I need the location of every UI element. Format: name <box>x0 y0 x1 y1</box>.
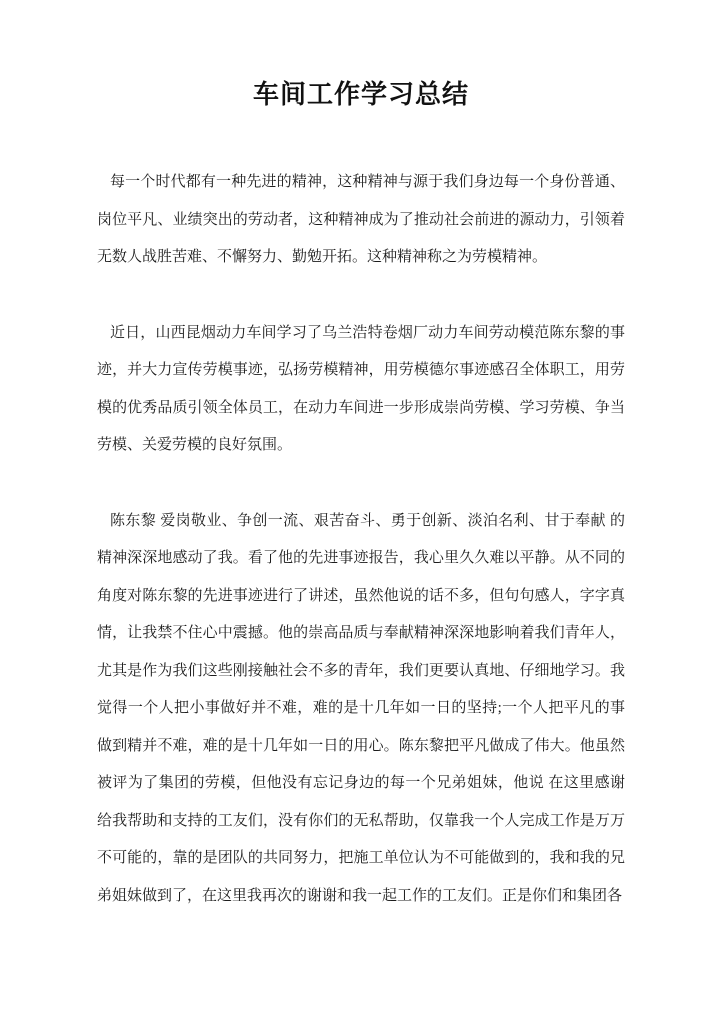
paragraph: 陈东黎 爱岗敬业、争创一流、艰苦奋斗、勇于创新、淡泊名利、甘于奉献 的精神深深地… <box>97 503 625 916</box>
document-page: 车间工作学习总结 每一个时代都有一种先进的精神，这种精神与源于我们身边每一个身份… <box>0 0 721 1020</box>
document-body: 每一个时代都有一种先进的精神，这种精神与源于我们身边每一个身份普通、岗位平凡、业… <box>97 164 625 915</box>
document-title: 车间工作学习总结 <box>97 78 625 112</box>
paragraph: 近日，山西昆烟动力车间学习了乌兰浩特卷烟厂动力车间劳动模范陈东黎的事迹，并大力宣… <box>97 315 625 465</box>
paragraph: 每一个时代都有一种先进的精神，这种精神与源于我们身边每一个身份普通、岗位平凡、业… <box>97 164 625 277</box>
